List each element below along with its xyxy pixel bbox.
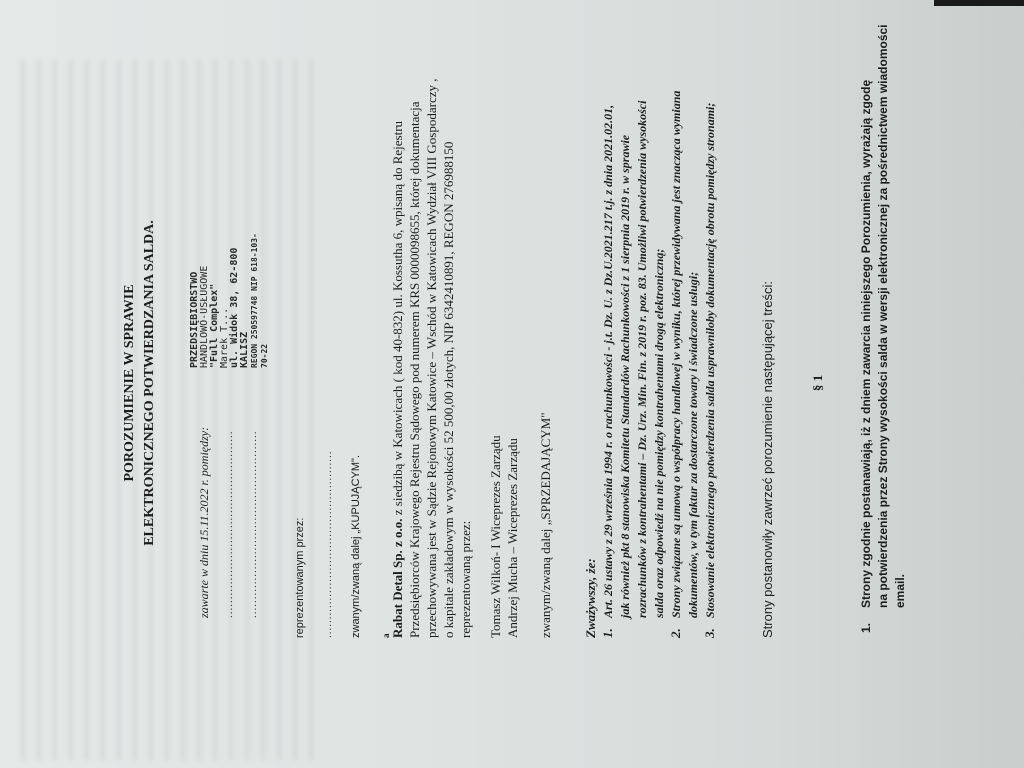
seller-line-5: reprezentowaną przez:	[458, 521, 474, 638]
seller-label: zwanym/zwaną dalej „SPRZEDAJĄCYM"	[538, 412, 554, 638]
seller-line-2: Przedsiębiorców Krajowego Rejestru Sądow…	[407, 102, 423, 639]
whereas-item-line: Art. 26 ustawy z 29 września 1994 r. o r…	[600, 105, 616, 618]
section-1-line: email.	[892, 574, 908, 608]
whereas-item-line: jak również pkt 8 stanowiska Komitetu St…	[617, 135, 633, 618]
stamp-line-6: REGON 250597748 NIP 618-103-70-22	[250, 228, 270, 368]
whereas-item-line: rozrachunków z kontrahentami – Dz. Urz. …	[634, 101, 650, 618]
whereas-item-line: Stosowanie elektronicznego potwierdzenia…	[702, 103, 718, 618]
seller-label-text: zwanym/zwaną dalej „SPRZEDAJĄCYM"	[538, 412, 553, 638]
title-line-1: POROZUMIENIE W SPRAWIE	[120, 38, 140, 728]
section-1-line: Strony zgodnie postanawiają, iż z dniem …	[858, 80, 874, 608]
document-title: POROZUMIENIE W SPRAWIE ELEKTRONICZNEGO P…	[120, 38, 160, 728]
dotted-line-1: ........................................…	[223, 431, 235, 619]
title-line-2: ELEKTRONICZNEGO POTWIERDZANIA SALDA.	[140, 38, 160, 728]
company-stamp: PRZEDSIĘBIORSTWO HANDLOWO-USŁUGOWE "Full…	[190, 228, 270, 368]
seller-line-1: Rabat Detal Sp. z o.o. z siedzibą w Kato…	[390, 121, 406, 638]
agreement-intro: Strony postanowiły zawrzeć porozumienie …	[760, 281, 776, 638]
date-line: zawarte w dniu 15.11.2022 r. pomiędzy:	[197, 427, 212, 618]
whereas-heading: Zważywszy, że:	[583, 558, 599, 638]
whereas-item-number: 2.	[668, 628, 684, 638]
seller-line-3: przechowywana jest w Sądzie Rejonowym Ka…	[424, 79, 440, 639]
stamp-line-5: ul. Widok 38, 62-800 KALISZ	[230, 228, 250, 368]
whereas-item-line: Strony związane są umową o współpracy ha…	[668, 91, 684, 618]
whereas-item-line: dokumentów, w tym faktur za dostarczone …	[685, 272, 701, 618]
seller-line-1-text: z siedzibą w Katowicach ( kod 40-832) ul…	[390, 121, 405, 519]
whereas-item-number: 3.	[702, 628, 718, 638]
section-1-item-number: 1.	[858, 623, 874, 633]
seller-line-4: o kapitale zakładowym w wysokości 52 500…	[441, 142, 457, 638]
section-1-line: na potwierdzenia przez Strony wysokości …	[875, 24, 891, 608]
dotted-line-2: ........................................…	[247, 431, 259, 619]
section-1-heading: § 1	[810, 38, 826, 728]
dotted-line-3: ........................................…	[322, 451, 334, 639]
buyer-label: zwanym/zwaną dalej „KUPUJĄCYM".	[348, 455, 364, 638]
representative-1: Tomasz Wilkoń- I Wiceprezes Zarządu	[488, 435, 504, 638]
whereas-item-line: salda oraz odpowiedź na nie pomiędzy kon…	[651, 249, 667, 618]
represented-by-label: reprezentowanym przez:	[292, 518, 308, 638]
whereas-item-number: 1.	[600, 628, 616, 638]
representative-2: Andrzej Mucha – Wiceprezes Zarządu	[505, 438, 521, 638]
document-page: POROZUMIENIE W SPRAWIE ELEKTRONICZNEGO P…	[0, 0, 1024, 768]
seller-name: Rabat Detal Sp. z o.o.	[390, 518, 405, 638]
